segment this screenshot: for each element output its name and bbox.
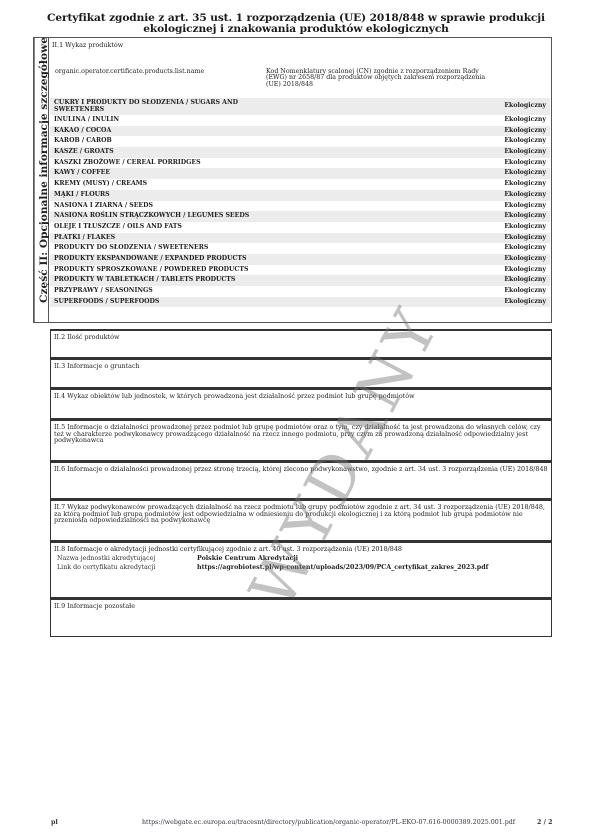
product-name: OLEJE I TŁUSZCZE / OILS AND FATS bbox=[50, 222, 478, 233]
product-name: KAKAO / COCOA bbox=[50, 126, 478, 137]
product-row: PRODUKTY EKSPANDOWANE / EXPANDED PRODUCT… bbox=[50, 254, 550, 265]
product-row: KASZE / GROATSEkologiczny bbox=[50, 147, 550, 158]
product-list-table: CUKRY I PRODUKTY DO SŁODZENIA / SUGARS A… bbox=[50, 98, 550, 307]
product-row: NASIONA ROŚLIN STRĄCZKOWYCH / LEGUMES SE… bbox=[50, 211, 550, 222]
product-name: PŁATKI / FLAKES bbox=[50, 233, 478, 244]
section-ii2-box: II.2 Ilość produktów bbox=[50, 329, 552, 358]
product-status: Ekologiczny bbox=[478, 98, 550, 115]
accreditation-body-value: Polskie Centrum Akredytacji bbox=[197, 555, 298, 562]
product-row: PRZYPRAWY / SEASONINGSEkologiczny bbox=[50, 286, 550, 297]
product-status: Ekologiczny bbox=[478, 115, 550, 126]
product-row: PRODUKTY W TABLETKACH / TABLETS PRODUCTS… bbox=[50, 275, 550, 286]
product-status: Ekologiczny bbox=[478, 297, 550, 308]
product-status: Ekologiczny bbox=[478, 233, 550, 244]
product-row: INULINA / INULINEkologiczny bbox=[50, 115, 550, 126]
section-ii6-label: II.6 Informacje o działalności prowadzon… bbox=[51, 463, 551, 473]
section-ii4-label: II.4 Wykaz obiektów lub jednostek, w któ… bbox=[51, 390, 551, 400]
product-status: Ekologiczny bbox=[478, 158, 550, 169]
section-ii1-label: II.1 Wykaz produktów bbox=[52, 42, 123, 49]
product-row: CUKRY I PRODUKTY DO SŁODZENIA / SUGARS A… bbox=[50, 98, 550, 115]
product-row: MĄKI / FLOURSEkologiczny bbox=[50, 190, 550, 201]
product-status: Ekologiczny bbox=[478, 168, 550, 179]
product-name: KASZKI ZBOŻOWE / CEREAL PORRIDGES bbox=[50, 158, 478, 169]
accreditation-link-value[interactable]: https://agrobiotest.pl/wp-content/upload… bbox=[197, 564, 488, 571]
product-name: INULINA / INULIN bbox=[50, 115, 478, 126]
product-name: PRODUKTY W TABLETKACH / TABLETS PRODUCTS bbox=[50, 275, 478, 286]
product-name: PRODUKTY EKSPANDOWANE / EXPANDED PRODUCT… bbox=[50, 254, 478, 265]
section-ii9-box: II.9 Informacje pozostałe bbox=[50, 598, 552, 637]
section-ii4-box: II.4 Wykaz obiektów lub jednostek, w któ… bbox=[50, 388, 552, 419]
product-status: Ekologiczny bbox=[478, 254, 550, 265]
section-ii3-box: II.3 Informacje o gruntach bbox=[50, 358, 552, 388]
footer-document-url[interactable]: https://webgate.ec.europa.eu/tracesnt/di… bbox=[142, 819, 515, 826]
accreditation-link-key: Link do certyfikatu akredytacji bbox=[57, 564, 197, 571]
product-row: SUPERFOODS / SUPERFOODSEkologiczny bbox=[50, 297, 550, 308]
footer-page-number: 2 / 2 bbox=[537, 819, 552, 826]
accreditation-body-row: Nazwa jednostki akredytującej Polskie Ce… bbox=[51, 553, 551, 562]
section-ii6-box: II.6 Informacje o działalności prowadzon… bbox=[50, 461, 552, 499]
product-name: KAWY / COFFEE bbox=[50, 168, 478, 179]
product-row: KAWY / COFFEEEkologiczny bbox=[50, 168, 550, 179]
document-title: Certyfikat zgodnie z art. 35 ust. 1 rozp… bbox=[20, 13, 572, 35]
section-ii3-label: II.3 Informacje o gruntach bbox=[51, 360, 551, 370]
product-name: NASIONA ROŚLIN STRĄCZKOWYCH / LEGUMES SE… bbox=[50, 211, 478, 222]
product-name: KREMY (MUSY) / CREAMS bbox=[50, 179, 478, 190]
product-row: KAKAO / COCOAEkologiczny bbox=[50, 126, 550, 137]
section-ii5-box: II.5 Informacje o działalności prowadzon… bbox=[50, 419, 552, 461]
product-status: Ekologiczny bbox=[478, 222, 550, 233]
product-row: KASZKI ZBOŻOWE / CEREAL PORRIDGESEkologi… bbox=[50, 158, 550, 169]
section-ii5-label: II.5 Informacje o działalności prowadzon… bbox=[51, 421, 551, 444]
product-name-column-header: organic.operator.certificate.products.li… bbox=[55, 69, 255, 75]
product-status: Ekologiczny bbox=[478, 147, 550, 158]
product-status: Ekologiczny bbox=[478, 211, 550, 222]
cn-code-column-header: Kod Nomenklatury scalonej (CN) zgodnie z… bbox=[266, 69, 486, 88]
product-status: Ekologiczny bbox=[478, 286, 550, 297]
product-row: KAROB / CAROBEkologiczny bbox=[50, 136, 550, 147]
section-ii8-box: II.8 Informacje o akredytacji jednostki … bbox=[50, 541, 552, 598]
product-status: Ekologiczny bbox=[478, 243, 550, 254]
product-status: Ekologiczny bbox=[478, 201, 550, 212]
product-row: PŁATKI / FLAKESEkologiczny bbox=[50, 233, 550, 244]
product-status: Ekologiczny bbox=[478, 275, 550, 286]
product-name: SUPERFOODS / SUPERFOODS bbox=[50, 297, 478, 308]
accreditation-link-row: Link do certyfikatu akredytacji https://… bbox=[51, 562, 551, 571]
section-ii2-label: II.2 Ilość produktów bbox=[51, 331, 551, 341]
product-row: OLEJE I TŁUSZCZE / OILS AND FATSEkologic… bbox=[50, 222, 550, 233]
product-status: Ekologiczny bbox=[478, 190, 550, 201]
product-status: Ekologiczny bbox=[478, 179, 550, 190]
product-row: PRODUKTY DO SŁODZENIA / SWEETENERSEkolog… bbox=[50, 243, 550, 254]
product-status: Ekologiczny bbox=[478, 126, 550, 137]
section-ii8-label: II.8 Informacje o akredytacji jednostki … bbox=[51, 543, 551, 553]
product-name: PRODUKTY DO SŁODZENIA / SWEETENERS bbox=[50, 243, 478, 254]
product-name: CUKRY I PRODUKTY DO SŁODZENIA / SUGARS A… bbox=[50, 98, 478, 115]
product-row: KREMY (MUSY) / CREAMSEkologiczny bbox=[50, 179, 550, 190]
product-row: NASIONA I ZIARNA / SEEDSEkologiczny bbox=[50, 201, 550, 212]
footer-language: pl bbox=[51, 819, 58, 826]
product-status: Ekologiczny bbox=[478, 136, 550, 147]
product-name: NASIONA I ZIARNA / SEEDS bbox=[50, 201, 478, 212]
section-ii7-label: II.7 Wykaz podwykonawców prowadzących dz… bbox=[51, 501, 551, 524]
section-ii9-label: II.9 Informacje pozostałe bbox=[51, 600, 551, 610]
section-ii7-box: II.7 Wykaz podwykonawców prowadzących dz… bbox=[50, 499, 552, 541]
product-name: PRODUKTY SPROSZKOWANE / POWDERED PRODUCT… bbox=[50, 265, 478, 276]
product-name: KASZE / GROATS bbox=[50, 147, 478, 158]
product-name: MĄKI / FLOURS bbox=[50, 190, 478, 201]
product-name: KAROB / CAROB bbox=[50, 136, 478, 147]
product-name: PRZYPRAWY / SEASONINGS bbox=[50, 286, 478, 297]
product-status: Ekologiczny bbox=[478, 265, 550, 276]
product-row: PRODUKTY SPROSZKOWANE / POWDERED PRODUCT… bbox=[50, 265, 550, 276]
accreditation-body-key: Nazwa jednostki akredytującej bbox=[57, 555, 197, 562]
